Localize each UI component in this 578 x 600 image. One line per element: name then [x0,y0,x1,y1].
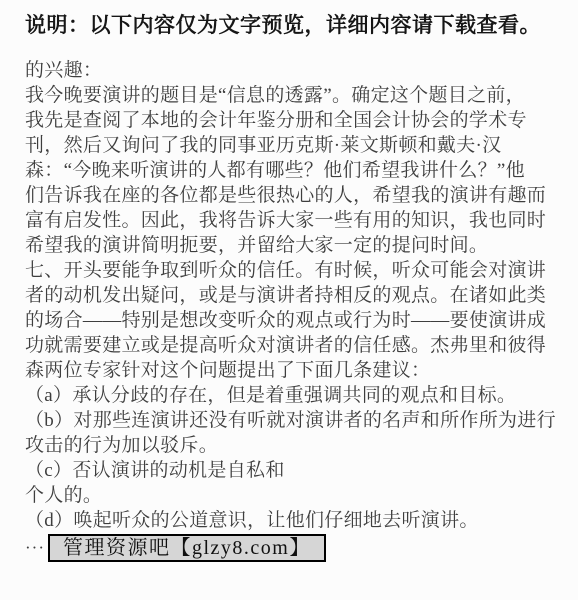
text-line: 们告诉我在座的各位都是些很热心的人，希望我的演讲有趣而 [25,183,562,208]
text-line: 森：“今晚来听演讲的人都有哪些？他们希望我讲什么？”他 [25,158,562,183]
text-line: （b）对那些连演讲还没有听就对演讲者的名声和所作所为进行 [25,408,562,433]
site-link-box[interactable]: 管理资源吧【glzy8.com】 [48,534,326,562]
footer: ··· 管理资源吧【glzy8.com】 [25,534,562,562]
text-line: （d）唤起听众的公道意识，让他们仔细地去听演讲。 [25,508,562,533]
text-line: 森两位专家针对这个问题提出了下面几条建议： [25,358,562,383]
text-line: 刊，然后又询问了我的同事亚历克斯·莱文斯顿和戴夫·汉 [25,133,562,158]
text-line: 者的动机发出疑问，或是与演讲者持相反的观点。在诸如此类 [25,283,562,308]
document-body: 的兴趣：我今晚要演讲的题目是“信息的透露”。确定这个题目之前，我先是查阅了本地的… [25,58,562,533]
text-line: 我先是查阅了本地的会计年鉴分册和全国会计协会的学术专 [25,108,562,133]
text-line: 富有启发性。因此，我将告诉大家一些有用的知识，我也同时 [25,208,562,233]
text-line: 个人的。 [25,483,562,508]
document-preview-page: 说明：以下内容仅为文字预览，详细内容请下载查看。 的兴趣：我今晚要演讲的题目是“… [0,0,578,600]
text-line: 七、开头要能争取到听众的信任。有时候，听众可能会对演讲 [25,258,562,283]
preview-notice: 说明：以下内容仅为文字预览，详细内容请下载查看。 [25,12,562,38]
text-line: 的兴趣： [25,58,562,83]
text-line: （a）承认分歧的存在，但是着重强调共同的观点和目标。 [25,383,562,408]
text-line: （c）否认演讲的动机是自私和 [25,458,562,483]
text-line: 的场合——特别是想改变听众的观点或行为时——要使演讲成 [25,308,562,333]
text-line: 我今晚要演讲的题目是“信息的透露”。确定这个题目之前， [25,83,562,108]
site-link-label: 管理资源吧【glzy8.com】 [63,536,311,560]
text-line: 希望我的演讲简明扼要，并留给大家一定的提问时间。 [25,233,562,258]
ellipsis-text: ··· [25,534,45,562]
text-line: 功就需要建立或是提高听众对演讲者的信任感。杰弗里和彼得 [25,333,562,358]
text-line: 攻击的行为加以驳斥。 [25,433,562,458]
